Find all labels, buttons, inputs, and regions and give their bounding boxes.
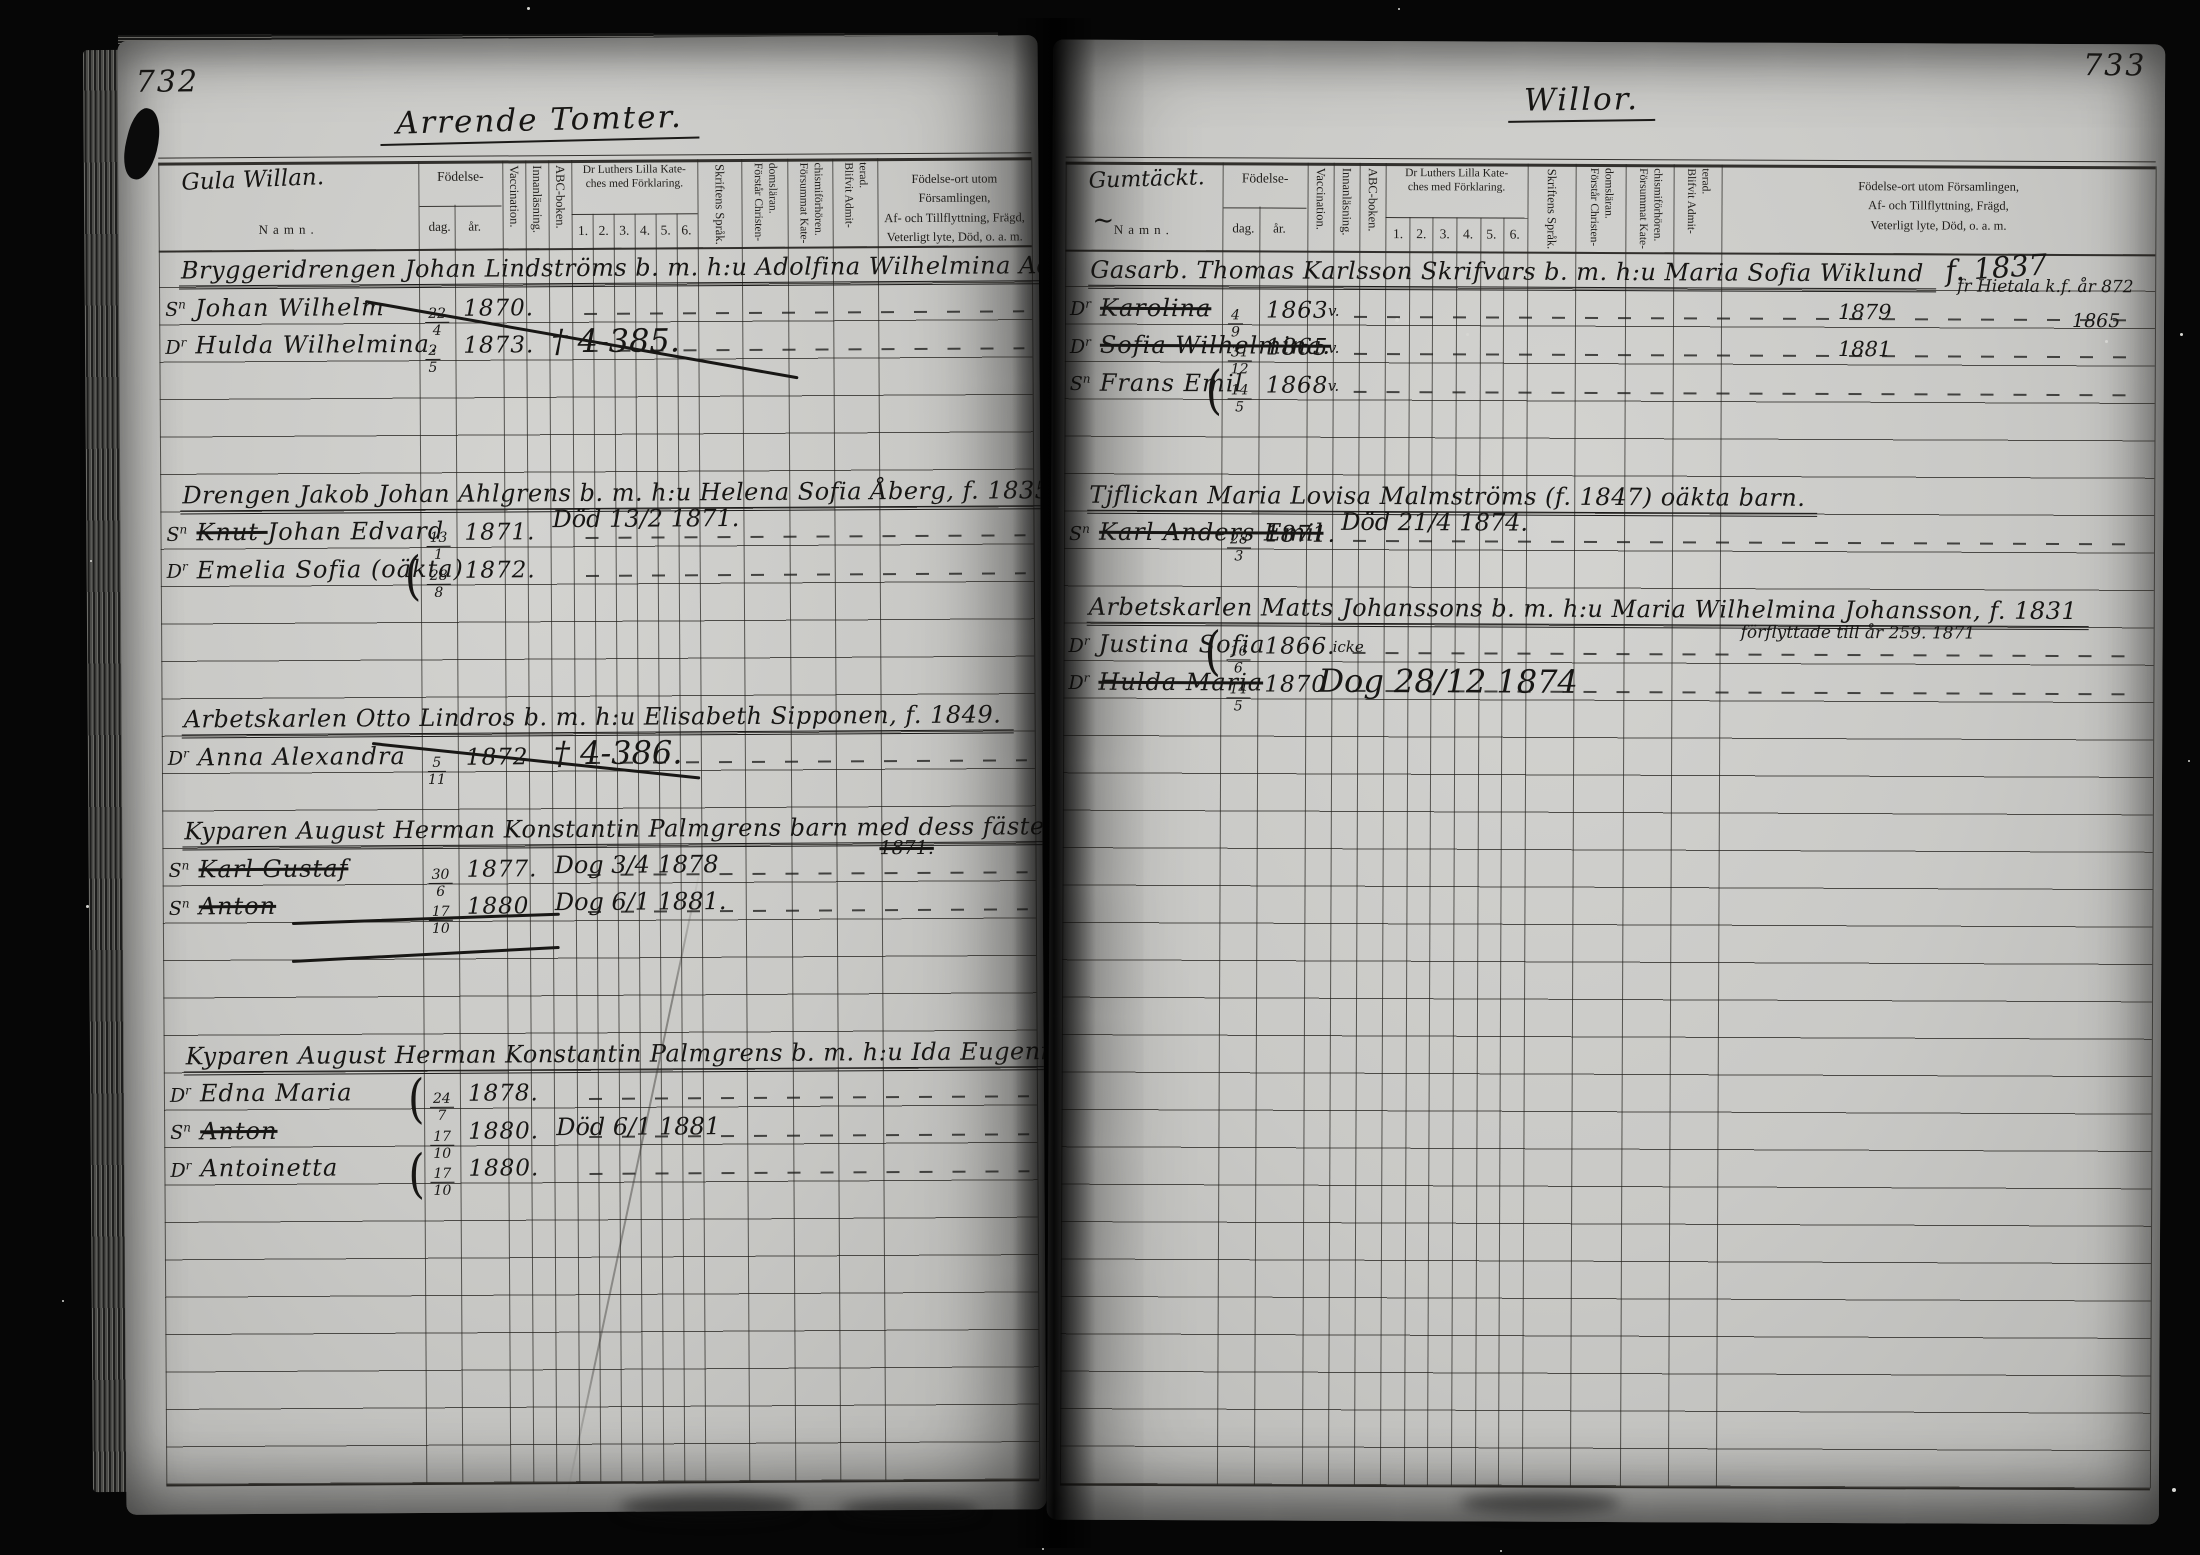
catechism-label: Dr Luthers Lilla Kate-ches med Förklarin… [1387,163,1527,195]
abc-book-column-header: ABC-boken. [549,160,571,253]
birth-day-fraction: 288 [427,569,451,600]
grouping-brace: ( [1206,359,1223,420]
entry-row: SnKarl Anders Emil2831871.Död 21/4 1874. [1064,515,2154,554]
child-prefix: Dr [168,747,189,770]
birth-day-fraction: 283 [1227,534,1251,565]
birth-day-fraction: 1710 [430,1168,454,1199]
empty-cell-dashes [1354,316,2138,321]
dust-speck [1500,1550,1502,1552]
birth-year: 1871. [1265,522,1336,548]
death-note: Dog 28/12 1874 [1318,662,1578,701]
entry-row: SnJohan Wilhelm2241870. [159,286,1032,325]
entry-row: SnFrans Emil(1451868v. [1065,365,2155,404]
family-entry-line: Kyparen August Herman Konstantin Palmgre… [184,1035,1047,1075]
name-column-header: Gula Willan. Namn. [159,161,418,251]
scripture-column-header: Skriftens Språk. [698,159,741,252]
dust-speck [62,1300,64,1302]
death-note: Dog 3/4 1878 [554,850,718,879]
vaccination-column-header: Vaccination. [1308,163,1332,256]
admitted-year-note: 1879 [1838,300,1892,324]
scripture-column-header: Skriftens Språk. [1528,164,1574,257]
child-name: Edna Maria [200,1079,353,1108]
child-name: Johan Wilhelm [195,293,385,322]
name-column-header: Gumtäckt. ~ Namn. [1066,162,1221,251]
entry-row: SnAnton17101880Dog 6/1 1881. [163,884,1036,923]
empty-cell-dashes [584,310,1024,315]
child-prefix: Dr [167,560,188,583]
death-note: Död 6/1 1881 [556,1112,720,1141]
empty-cell-dashes [1354,390,2138,395]
dust-speck [1395,318,1399,322]
vaccination-column-header: Vaccination. [503,160,525,253]
entry-row: DrEmelia Sofia (oäkta)(2881872. [161,548,1034,587]
empty-cell-dashes [586,572,1026,577]
dust-speck [1042,1548,1044,1550]
birth-year: 1870. [463,295,534,321]
page-number: 733 [2083,48,2146,83]
birth-day-fraction: 1710 [429,906,453,937]
catechism-label: Dr Luthers Lilla Kate-ches med Förklarin… [572,159,696,191]
birth-column-header: Födelse- dag. år. [1223,162,1306,250]
birth-year-label: år. [452,219,498,235]
child-prefix: Dr [1070,297,1091,320]
death-note: Död 13/2 1871. [552,504,739,533]
child-name: Anna Alexandra [198,742,406,771]
notes-column-header: Födelse-ort utom Församlingen,Af- och Ti… [878,157,1031,258]
birth-year: 1872. [465,557,536,583]
missed-exams-column-header: Försummat Kate-chismiförhören. [1626,164,1672,256]
child-prefix: Sn [169,896,190,919]
page-number: 732 [136,64,199,99]
dust-speck [2172,1488,2176,1492]
child-prefix: Dr [170,1158,191,1181]
abc-book-column-header: ABC-boken. [1360,163,1384,256]
section-label: Gula Willan. [181,164,325,196]
entry-row: DrHulda Maria1451870Dog 28/12 1874 [1063,664,2153,703]
understands-column-header: Förstår Christen-domsläran. [742,159,787,251]
child-prefix: Sn [170,1121,191,1144]
dust-speck [1398,8,1400,10]
dust-speck [527,7,530,10]
understands-column-header: Förstår Christen-domsläran. [1576,164,1624,256]
child-prefix: Sn [1069,522,1090,545]
edge-smudge [620,1494,800,1520]
dust-speck [90,560,92,562]
reading-column-header: Innanläsning. [526,160,548,253]
empty-cell-dashes [1354,353,2138,358]
page-title: Arrende Tomter. [380,98,700,145]
child-name: Karolina [1100,294,1211,322]
child-prefix: Dr [165,335,186,358]
child-name: Antoinetta [200,1153,338,1182]
child-prefix: Sn [166,522,187,545]
birth-column-header: Födelse- dag. år. [419,160,502,248]
birth-day-fraction: 511 [428,756,446,787]
child-name: Emelia Sofia (oäkta) [197,554,464,584]
birth-subheader: dag. år. [420,218,502,241]
birth-year: 1868 [1266,372,1329,398]
child-name: Knut Johan Edvard [196,517,444,547]
dust-speck [2188,760,2190,762]
child-prefix: Dr [1068,671,1089,694]
admitted-column-header: Blifvit Admit-terad. [833,158,877,250]
birth-year: 1880. [468,1118,539,1144]
dust-speck [2105,340,2108,343]
reading-column-header: Innanläsning. [1334,163,1358,256]
birth-day-fraction: 145 [1226,683,1250,714]
birth-year: 1877. [466,856,537,882]
birth-subheader: dag. år. [1223,220,1306,242]
notes-column-header: Födelse-ort utom Församlingen,Af- och Ti… [1722,165,2154,267]
child-prefix: Sn [1070,372,1091,395]
empty-cell-dashes [1353,540,2137,545]
divider [420,205,502,207]
entry-row: DrKarolina491863v.1879 [1065,290,2155,329]
child-prefix: Dr [1070,335,1091,358]
entry-row: SnAnton17101880.Död 6/1 1881 [164,1109,1037,1148]
entry-row: DrSofia Wilhelmina.31121865v.1881 [1065,328,2155,367]
child-name: Hulda Wilhelmina. [195,330,438,359]
missed-exams-column-header: Försummat Kate-chismiförhören. [788,158,832,250]
entry-row: DrEdna Maria(2471878. [164,1071,1037,1110]
dust-speck [86,905,89,908]
admitted-column-header: Blifvit Admit-terad. [1674,164,1720,256]
birth-label: Födelse- [1224,162,1307,186]
admitted-year-note: 1881 [1838,337,1892,361]
child-prefix: Sn [165,298,186,321]
birth-year: 1871. [464,519,535,545]
vaccination-mark: v. [1328,339,1340,357]
ledger-scan: 732 Arrende Tomter. Gula Willan. Namn. F… [0,0,2200,1555]
child-prefix: Dr [170,1083,191,1106]
empty-cell-dashes [586,534,1026,539]
ruled-lines [1060,250,2155,1489]
birth-year: 1873. [463,332,534,358]
entry-row: SnKarl Gustaf3061877.Dog 3/4 1878 [162,847,1035,886]
empty-cell-dashes [1353,652,2137,657]
entry-row: SnKnut Johan Edvard1311871.Död 13/2 1871… [160,510,1033,549]
divider [1223,207,1306,208]
name-label: Namn. [160,221,418,239]
vaccination-mark: icke [1333,638,1364,656]
birth-year: 1863 [1266,297,1329,323]
family-entry-line: Bryggeridrengen Johan Lindströms b. m. h… [179,250,1047,290]
death-note: Död 21/4 1874. [1341,508,1528,537]
child-name: Karl Gustaf [198,854,348,883]
birth-year: 1880. [468,1155,539,1181]
birth-year: 1878. [468,1080,539,1106]
vaccination-mark: v. [1328,376,1340,394]
death-note: Dog 6/1 1881. [555,887,727,916]
empty-cell-dashes [589,1170,1029,1175]
birth-day-fraction: 145 [1228,384,1252,415]
birth-year: 1866. [1265,634,1336,660]
page-title: Willor. [1508,81,1656,123]
birth-year: 1865 [1266,335,1329,361]
section-label: Gumtäckt. [1088,165,1205,194]
entry-row: DrAntoinetta(17101880. [164,1146,1037,1185]
child-prefix: Dr [1069,634,1090,657]
edge-smudge [1460,1492,1620,1514]
family-entry-line: Gasarb. Thomas Karlsson Skrifvars b. m. … [1088,256,1936,293]
birth-day-fraction: 25 [425,345,440,376]
birth-label: Födelse- [419,160,501,185]
name-label: Namn. [1066,222,1221,239]
birth-year-label: år. [1256,220,1302,236]
grouping-brace: ( [408,1143,425,1204]
edge-smudge [840,1500,980,1520]
grouping-brace: ( [405,544,422,605]
right-page: 733 Willor. Gumtäckt. ~ Namn. Födelse- d… [1047,40,2165,1525]
vaccination-mark: v. [1328,302,1340,320]
child-name: Anton [200,1116,278,1144]
left-page: 732 Arrende Tomter. Gula Willan. Namn. F… [118,35,1047,1515]
dust-speck [1466,333,1469,336]
child-prefix: Sn [169,859,190,882]
entry-row: DrJustina Sofia(1661866.icke [1064,627,2154,666]
dust-speck [2180,333,2183,336]
child-name: Anton [199,892,277,920]
empty-cell-dashes [589,1095,1029,1100]
